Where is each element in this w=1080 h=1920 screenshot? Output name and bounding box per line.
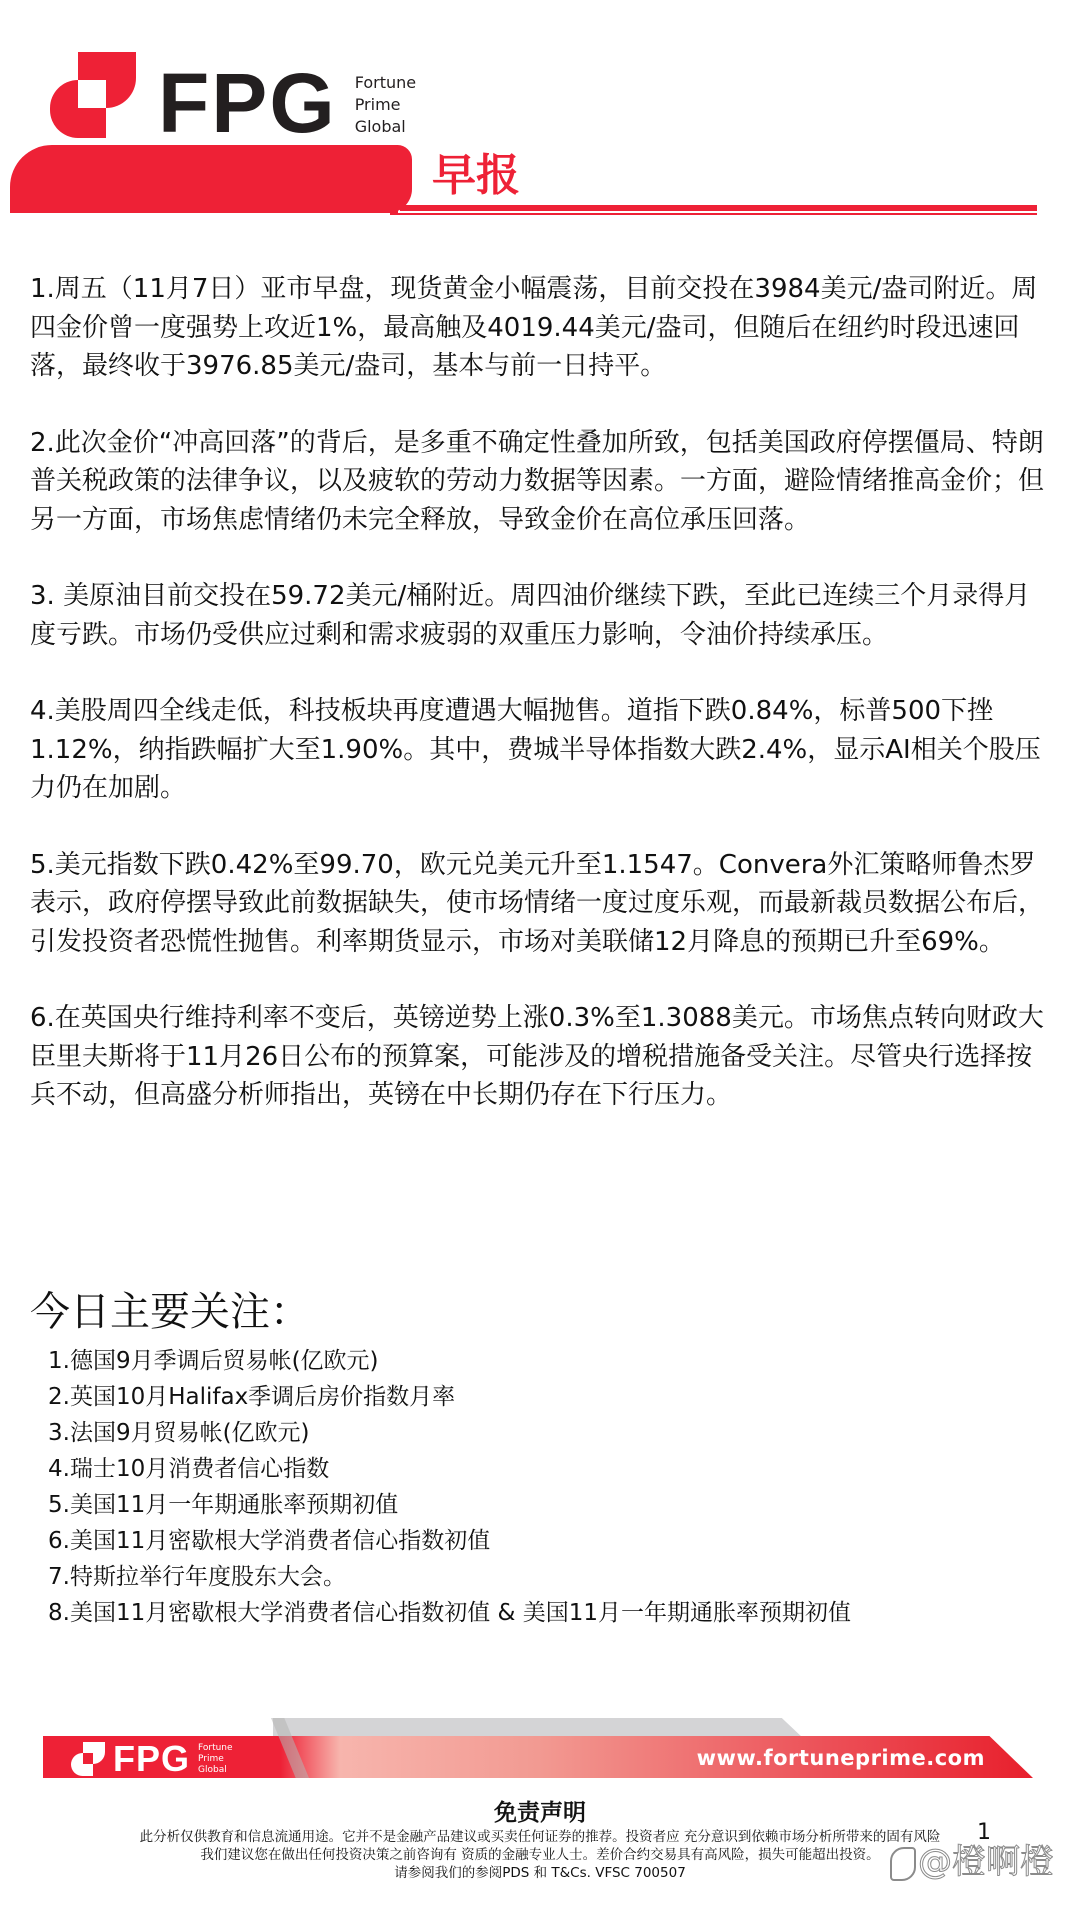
report-title: 早报 [432, 148, 520, 204]
paragraph-gold: 1.周五（11月7日）亚市早盘，现货黄金小幅震荡，目前交投在3984美元/盎司附… [30, 270, 1050, 386]
paragraph-gold-analysis: 2.此次金价“冲高回落”的背后，是多重不确定性叠加所致，包括美国政府停摆僵局、特… [30, 424, 1050, 540]
paragraph-us-stocks: 4.美股周四全线走低，科技板块再度遭遇大幅抛售。道指下跌0.84%，标普500下… [30, 692, 1050, 808]
focus-item: 6.美国11月密歇根大学消费者信心指数初值 [48, 1523, 1050, 1559]
focus-item: 3.法国9月贸易帐(亿欧元) [48, 1415, 1050, 1451]
focus-title: 今日主要关注： [30, 1285, 1050, 1339]
watermark-logo-icon [890, 1847, 916, 1881]
disclaimer-title: 免责声明 [0, 1798, 1080, 1828]
todays-focus: 今日主要关注： 1.德国9月季调后贸易帐(亿欧元) 2.英国10月Halifax… [30, 1285, 1050, 1631]
fpg-logo-icon [71, 1742, 105, 1776]
header-divider-thin [390, 213, 1037, 215]
paragraph-gbp: 6.在英国央行维持利率不变后，英镑逆势上涨0.3%至1.3088美元。市场焦点转… [30, 999, 1050, 1115]
logo-subtitle: Fortune Prime Global [355, 72, 416, 138]
footer-logo: FPG Fortune Prime Global [71, 1742, 233, 1776]
watermark: @橙啊橙 [890, 1842, 1054, 1882]
report-body: 1.周五（11月7日）亚市早盘，现货黄金小幅震荡，目前交投在3984美元/盎司附… [30, 270, 1050, 1153]
focus-item: 1.德国9月季调后贸易帐(亿欧元) [48, 1343, 1050, 1379]
banner-grey-band [273, 1718, 803, 1738]
logo-wordmark: FPG [158, 68, 337, 138]
paragraph-oil: 3. 美原油目前交投在59.72美元/桶附近。周四油价继续下跌，至此已连续三个月… [30, 577, 1050, 654]
fpg-logo-icon [50, 52, 136, 138]
date-banner [10, 145, 398, 213]
focus-item: 2.英国10月Halifax季调后房价指数月率 [48, 1379, 1050, 1415]
focus-list: 1.德国9月季调后贸易帐(亿欧元) 2.英国10月Halifax季调后房价指数月… [30, 1343, 1050, 1631]
paragraph-usd: 5.美元指数下跌0.42%至99.70，欧元兑美元升至1.1547。Conver… [30, 846, 1050, 962]
footer-logo-wordmark: FPG [113, 1742, 190, 1776]
header-divider [400, 205, 1037, 211]
focus-item: 5.美国11月一年期通胀率预期初值 [48, 1487, 1050, 1523]
fpg-logo: FPG Fortune Prime Global [50, 52, 416, 138]
footer-banner: FPG Fortune Prime Global www.fortuneprim… [43, 1718, 1033, 1778]
website-link[interactable]: www.fortuneprime.com [697, 1744, 985, 1772]
focus-item: 4.瑞士10月消费者信心指数 [48, 1451, 1050, 1487]
focus-item: 7.特斯拉举行年度股东大会。 [48, 1559, 1050, 1595]
report-date: 2025年11月07日 [22, 4, 347, 64]
footer-logo-subtitle: Fortune Prime Global [198, 1743, 233, 1776]
focus-item: 8.美国11月密歇根大学消费者信心指数初值 & 美国11月一年期通胀率预期初值 [48, 1595, 1050, 1631]
